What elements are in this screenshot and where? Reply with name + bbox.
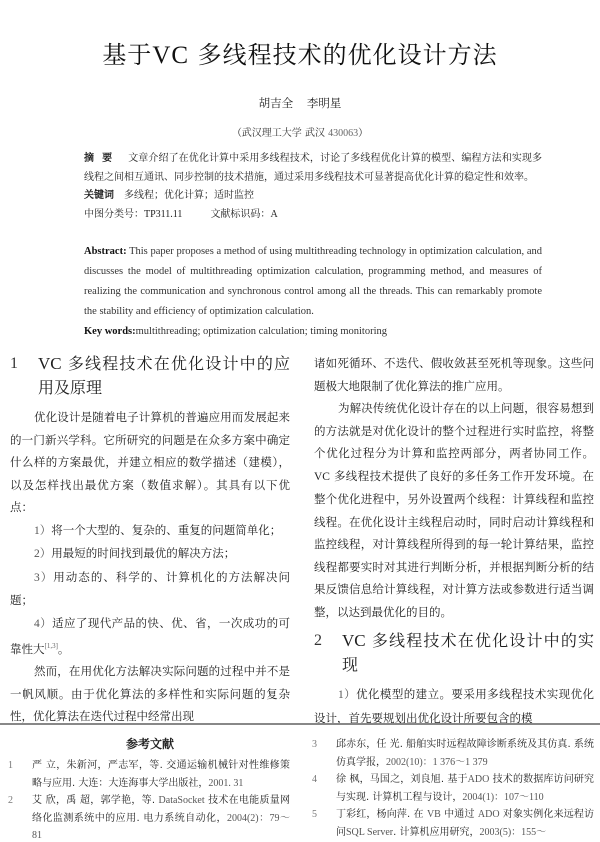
list-item-number: 3） xyxy=(34,572,53,584)
title-part: 多线程技术的优化设计方法 xyxy=(189,41,498,69)
section-number: 1 xyxy=(10,352,38,400)
reference-latin: VB xyxy=(427,809,441,820)
reference-text: 邱赤东，任 光. 船舶实时远程故障诊断系统及其仿真. 系统仿真学报，2002(1… xyxy=(336,736,594,771)
citation-marker[interactable]: [1,3] xyxy=(45,642,58,650)
paragraph-continued: 诸如死循环、不迭代、假收敛甚至死机等现象。这些问题极大地限制了优化算法的推广应用… xyxy=(314,352,594,397)
clc-label: 中图分类号： xyxy=(84,209,144,220)
list-item: 3）用动态的、科学的、计算机化的方法解决问题； xyxy=(10,566,290,612)
reference-item: 1 严 立，朱新河，严志军，等. 交通运输机械针对性维修策略与应用. 大连：大连… xyxy=(8,757,290,792)
title-part: 基于 xyxy=(102,41,152,69)
affiliation-close: ） xyxy=(358,128,368,139)
references-list-right: 3 邱赤东，任 光. 船舶实时远程故障诊断系统及其仿真. 系统仿真学报，2002… xyxy=(312,736,594,841)
list-item: 4）适应了现代产品的快、优、省，一次成功的可靠性大[1,3]。 xyxy=(10,612,290,661)
reference-latin: ADO xyxy=(468,774,490,785)
list-item-number: 1） xyxy=(34,525,51,537)
reference-latin: ADO xyxy=(478,809,500,820)
abstract-label: 摘要 xyxy=(84,153,120,164)
reference-latin: 2004(1)：107～110 xyxy=(462,792,543,803)
reference-number: 2 xyxy=(8,792,32,842)
abstract-cn: 摘要文章介绍了在优化计算中采用多线程技术，讨论了多线程优化计算的模型、编程方法和… xyxy=(62,150,542,224)
doc-code-label: 文献标识码： xyxy=(210,209,270,220)
section-title-latin: VC xyxy=(38,354,62,373)
reference-number: 1 xyxy=(8,757,32,792)
reference-text: 徐 枫，马国之，刘良旭. 基于ADO 技术的数据库访问研究与实现. 计算机工程与… xyxy=(336,771,594,806)
list-item-number: 2） xyxy=(34,548,51,560)
keywords-en-label: Key words: xyxy=(84,326,136,337)
body-column-left: 1 VC 多线程技术在优化设计中的应用及原理 优化设计是随着电子计算机的普遍应用… xyxy=(10,352,290,728)
reference-latin: SQL Server xyxy=(346,827,393,838)
reference-text: 丁彩红，杨向萍. 在 VB 中通过 ADO 对象实例化来远程访问SQL Serv… xyxy=(336,806,594,841)
reference-cn: 艾 欣，禹 超，郭学艳，等. xyxy=(32,795,159,806)
list-item-text: 将一个大型的、复杂的、重复的问题简单化； xyxy=(51,523,281,537)
reference-latin: DataSocket xyxy=(159,795,205,806)
references-title: 参考文献 xyxy=(10,735,290,752)
paragraph: 然而，在用优化方法解决实际问题的过程中并不是一帆风顺。由于优化算法的多样性和实际… xyxy=(10,660,290,728)
section-title: VC 多线程技术在优化设计中的应用及原理 xyxy=(38,352,290,400)
section-title-cn: 多线程技术在优化设计中的实现 xyxy=(342,631,594,674)
paragraph: 为解决传统优化设计存在的以上问题，很容易想到的方法就是对优化设计的整个过程进行实… xyxy=(314,397,594,623)
authors: 胡吉全 李明星 xyxy=(0,95,600,111)
reference-text: 艾 欣，禹 超，郭学艳，等. DataSocket 技术在电能质量网络化监测系统… xyxy=(32,792,290,842)
reference-latin: 2003(5)：155～ xyxy=(479,827,546,838)
keywords-en: Key words:multithreading; optimization c… xyxy=(62,322,542,342)
references-list-left: 1 严 立，朱新河，严志军，等. 交通运输机械针对性维修策略与应用. 大连：大连… xyxy=(8,757,290,842)
section-title: VC 多线程技术在优化设计中的实现 xyxy=(342,629,594,677)
paragraph-text: 为解决传统优化设计存在的以上问题，很容易想到的方法就是对优化设计的整个过程进行实… xyxy=(314,401,594,460)
abstract-en-text: This paper proposes a method of using mu… xyxy=(84,246,542,317)
list-item-number: 1） xyxy=(338,689,356,701)
references-divider xyxy=(0,723,600,725)
list-item: 2）用最短的时间找到最优的解决方法； xyxy=(10,542,290,566)
reference-latin: 2001. 31 xyxy=(208,778,243,789)
reference-item: 2 艾 欣，禹 超，郭学艳，等. DataSocket 技术在电能质量网络化监测… xyxy=(8,792,290,842)
abstract-en-label: Abstract: xyxy=(84,246,127,257)
keywords-value: 多线程；优化计算；适时监控 xyxy=(124,190,254,201)
reference-item: 5 丁彩红，杨向萍. 在 VB 中通过 ADO 对象实例化来远程访问SQL Se… xyxy=(312,806,594,841)
paragraph-text: 多线程技术提供了良好的多任务工作开发环境。在整个优化进程中，另外设置两个线程：计… xyxy=(314,469,594,619)
abstract-en: Abstract: This paper proposes a method o… xyxy=(62,242,542,342)
doc-code-value: A xyxy=(270,209,277,220)
affiliation-zip: 430063 xyxy=(328,128,358,139)
reference-number: 3 xyxy=(312,736,336,771)
keywords-en-value: multithreading; optimization calculation… xyxy=(136,326,387,337)
list-item-text: 用最短的时间找到最优的解决方法； xyxy=(51,546,235,560)
reference-number: 4 xyxy=(312,771,336,806)
reference-cn: . 计算机应用研究， xyxy=(393,827,479,838)
affiliation-text: （武汉理工大学 武汉 xyxy=(232,128,328,139)
section-heading-1: 1 VC 多线程技术在优化设计中的应用及原理 xyxy=(10,352,290,400)
paragraph-latin: VC xyxy=(314,471,330,483)
section-title-latin: VC xyxy=(342,631,366,650)
list-item-end: 。 xyxy=(58,642,70,656)
section-heading-2: 2 VC 多线程技术在优化设计中的实现 xyxy=(314,629,594,677)
paper-title: 基于VC 多线程技术的优化设计方法 xyxy=(0,35,600,70)
reference-cn: 丁彩红，杨向萍. 在 xyxy=(336,809,427,820)
abstract-text: 文章介绍了在优化计算中采用多线程技术，讨论了多线程优化计算的模型、编程方法和实现… xyxy=(84,153,542,183)
abstract-en-paragraph: Abstract: This paper proposes a method o… xyxy=(62,242,542,322)
reference-latin: 2002(10)：1 376～1 379 xyxy=(386,757,488,768)
clc-value: TP311.11 xyxy=(144,209,182,220)
reference-item: 4 徐 枫，马国之，刘良旭. 基于ADO 技术的数据库访问研究与实现. 计算机工… xyxy=(312,771,594,806)
keywords-label: 关键词 xyxy=(84,190,114,201)
paragraph: 优化设计是随着电子计算机的普遍应用而发展起来的一门新兴学科。它所研究的问题是在众… xyxy=(10,406,290,519)
affiliation: （武汉理工大学 武汉 430063） xyxy=(0,124,600,139)
classification-line: 中图分类号：TP311.11文献标识码：A xyxy=(62,206,542,225)
abstract-cn-paragraph: 摘要文章介绍了在优化计算中采用多线程技术，讨论了多线程优化计算的模型、编程方法和… xyxy=(62,150,542,187)
section-title-cn: 多线程技术在优化设计中的应用及原理 xyxy=(38,354,290,397)
reference-item: 3 邱赤东，任 光. 船舶实时远程故障诊断系统及其仿真. 系统仿真学报，2002… xyxy=(312,736,594,771)
section-number: 2 xyxy=(314,629,342,677)
reference-number: 5 xyxy=(312,806,336,841)
body-column-right: 诸如死循环、不迭代、假收敛甚至死机等现象。这些问题极大地限制了优化算法的推广应用… xyxy=(314,352,594,729)
reference-text: 严 立，朱新河，严志军，等. 交通运输机械针对性维修策略与应用. 大连：大连海事… xyxy=(32,757,290,792)
paragraph-text: 优化模型的建立。要采用多线程技术实现优化设计，首先要规划出优化设计所要包含的模 xyxy=(314,687,594,725)
list-item: 1）将一个大型的、复杂的、重复的问题简单化； xyxy=(10,519,290,543)
keywords-cn: 关键词多线程；优化计算；适时监控 xyxy=(62,187,542,206)
list-item-number: 4） xyxy=(34,618,52,630)
reference-cn: 严 立，朱新河，严志军，等. 交通运输机械针对性维修策略与应用. 大连：大连海事… xyxy=(32,760,290,789)
reference-cn: 中通过 xyxy=(441,809,478,820)
title-latin: VC xyxy=(152,42,189,69)
reference-cn: 徐 枫，马国之，刘良旭. 基于 xyxy=(336,774,468,785)
